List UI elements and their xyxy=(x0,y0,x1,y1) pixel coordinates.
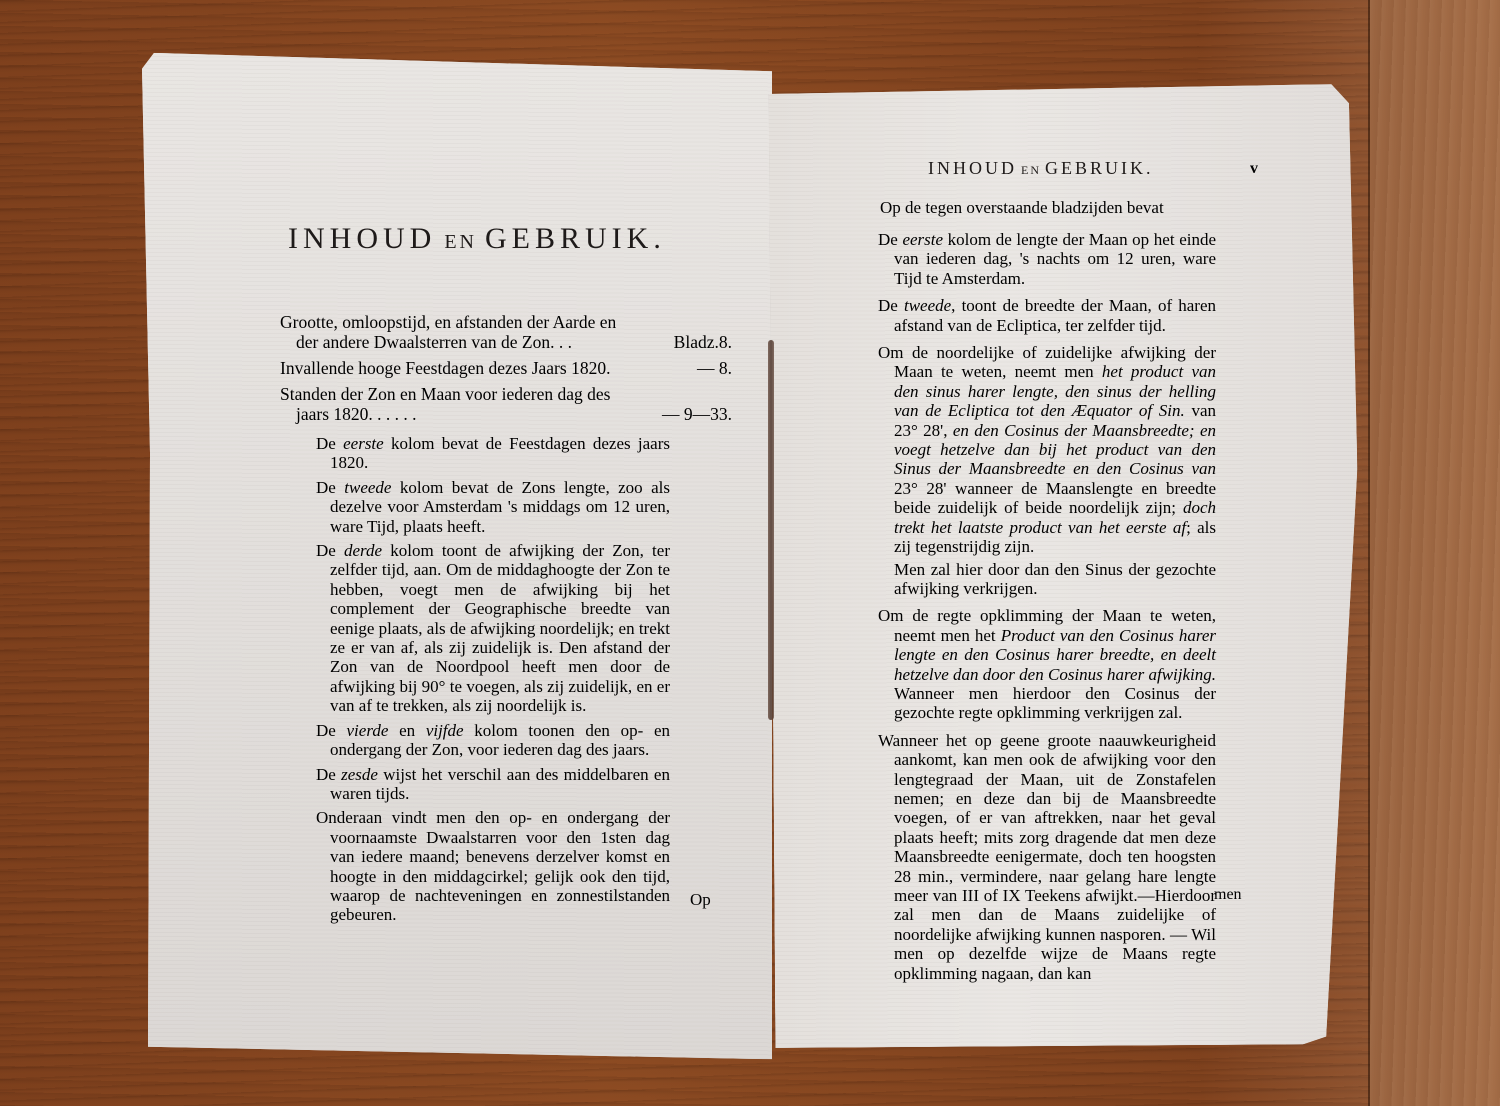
page-number: v xyxy=(1250,160,1258,178)
paragraph: Om de noordelijke of zuidelijke afwijkin… xyxy=(876,343,1216,556)
right-body-text: De eerste kolom de lengte der Maan op he… xyxy=(876,230,1216,991)
paragraph: De vierde en vijfde kolom toonen den op-… xyxy=(316,721,670,760)
catchword: Op xyxy=(690,890,711,910)
toc-entry: Invallende hooge Feestdagen dezes Jaars … xyxy=(280,358,732,378)
wooden-table-right-board xyxy=(1370,0,1500,1106)
paragraph: De tweede, toont de breedte der Maan, of… xyxy=(876,296,1216,335)
toc-page-ref: — 9—33. xyxy=(662,404,732,424)
paragraph: De eerste kolom de lengte der Maan op he… xyxy=(876,230,1216,288)
catchword: men xyxy=(1214,886,1242,904)
toc-entry: Standen der Zon en Maan voor iederen dag… xyxy=(280,384,732,424)
book-gutter xyxy=(768,340,774,720)
intro-line: Op de tegen overstaande bladzijden bevat xyxy=(880,198,1164,218)
paragraph: Om de regte opklimming der Maan te weten… xyxy=(876,606,1216,722)
left-body-text: De eerste kolom bevat de Feestdagen deze… xyxy=(316,434,670,930)
paragraph: De tweede kolom bevat de Zons lengte, zo… xyxy=(316,478,670,536)
toc-page-ref: Bladz.8. xyxy=(674,332,732,352)
paragraph: De derde kolom toont de afwijking der Zo… xyxy=(316,541,670,716)
table-of-contents: Grootte, omloopstijd, en afstanden der A… xyxy=(280,312,732,430)
paragraph: Wanneer het op geene groote naauwkeurigh… xyxy=(876,731,1216,983)
toc-entry: Grootte, omloopstijd, en afstanden der A… xyxy=(280,312,732,352)
paragraph: De eerste kolom bevat de Feestdagen deze… xyxy=(316,434,670,473)
paragraph: Onderaan vindt men den op- en ondergang … xyxy=(316,808,670,924)
paragraph: Men zal hier door dan den Sinus der gezo… xyxy=(876,560,1216,599)
running-header: INHOUDENGEBRUIK. xyxy=(928,158,1154,179)
page-title: INHOUDENGEBRUIK. xyxy=(288,222,728,256)
paragraph: De zesde wijst het verschil aan des midd… xyxy=(316,765,670,804)
table-board-seam xyxy=(1368,0,1370,1106)
toc-page-ref: — 8. xyxy=(697,358,732,378)
